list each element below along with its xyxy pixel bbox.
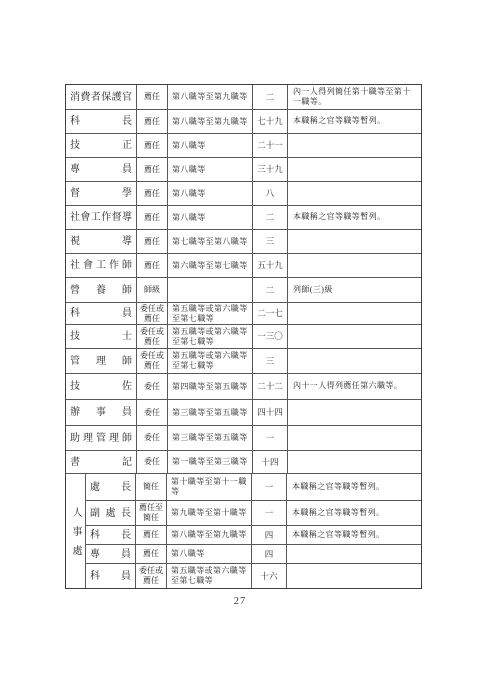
cell-grade: 第九職等至第十職等 — [167, 501, 252, 525]
cell-title-text: 助理管理師 — [70, 433, 132, 444]
cell-remark-text: 內十一人得列薦任第六職等。 — [293, 381, 411, 391]
cell-rank-text: 薦任 — [138, 165, 166, 175]
cell-remark: 本職稱之官等職等暫列。 — [288, 110, 421, 133]
cell-grade-text: 第三職等至第五職等 — [172, 408, 249, 418]
cell-title: 社會工作師 — [66, 254, 137, 277]
cell-title: 科員 — [66, 303, 137, 324]
cell-count-text: 四十四 — [253, 407, 287, 417]
cell-rank: 薦任 — [136, 545, 167, 563]
cell-count: 二 — [253, 85, 288, 109]
cell-title: 技正 — [66, 134, 137, 157]
cell-count: 八 — [253, 182, 288, 205]
table-row: 副處長薦任至簡任第九職等至第十職等一本職稱之官等職等暫列。 — [86, 500, 421, 525]
cell-title: 消費者保護官 — [66, 85, 137, 109]
cell-remark — [288, 254, 421, 277]
cell-rank: 委任或薦任 — [136, 564, 167, 588]
cell-title-text: 技正 — [70, 140, 132, 151]
cell-grade: 第五職等或第六職等至第七職等 — [168, 303, 253, 324]
cell-grade-text: 第八職等至第九職等 — [172, 92, 249, 102]
cell-grade — [168, 278, 253, 302]
table-row: 督學薦任第八職等八 — [66, 181, 421, 205]
cell-title-text: 專員 — [70, 164, 132, 175]
cell-remark — [288, 426, 421, 450]
cell-rank-text: 委任 — [138, 408, 166, 418]
cell-count: 四十四 — [253, 400, 288, 425]
cell-grade-text: 第八職等 — [172, 213, 249, 223]
cell-remark — [287, 545, 421, 563]
cell-rank-text: 薦任 — [138, 189, 166, 199]
cell-title: 督學 — [66, 182, 137, 205]
cell-rank: 委任 — [137, 451, 168, 473]
cell-grade-text: 第五職等或第六職等至第七職等 — [171, 566, 248, 586]
cell-grade: 第四職等至第五職等 — [168, 374, 253, 399]
cell-title-text: 督學 — [70, 188, 132, 199]
cell-count-text: 一三〇 — [253, 331, 287, 341]
cell-remark — [288, 158, 421, 181]
cell-rank: 委任 — [137, 374, 168, 399]
cell-remark — [287, 564, 421, 588]
cell-title: 營養師 — [66, 278, 137, 302]
cell-grade: 第八職等至第九職等 — [168, 110, 253, 133]
cell-count-text: 一 — [253, 433, 287, 443]
cell-rank: 薦任 — [137, 230, 168, 253]
cell-rank-text: 薦任 — [137, 549, 165, 559]
cell-title: 助理管理師 — [66, 426, 137, 450]
cell-grade: 第一職等至第三職等 — [168, 451, 253, 473]
cell-rank-text: 薦任 — [138, 117, 166, 127]
table-row: 社會工作師薦任第六職等至第七職等五十九 — [66, 253, 421, 277]
table-row: 辦事員委任第三職等至第五職等四十四 — [66, 399, 421, 425]
cell-count: 二 — [253, 278, 288, 302]
cell-count-text: 五十九 — [253, 260, 287, 270]
cell-rank-text: 薦任 — [138, 237, 166, 247]
table-row: 社會工作督導薦任第八職等二本職稱之官等職等暫列。 — [66, 205, 421, 229]
cell-count-text: 一 — [252, 482, 286, 492]
cell-title: 辦事員 — [66, 400, 137, 425]
table-row: 專員薦任第八職等三十九 — [66, 157, 421, 181]
cell-grade: 第八職等 — [168, 158, 253, 181]
table-row: 技正薦任第八職等二十一 — [66, 133, 421, 157]
cell-count: 十四 — [253, 451, 288, 473]
cell-remark: 本職稱之官等職等暫列。 — [287, 474, 421, 500]
table-row: 專員薦任第八職等四 — [86, 544, 421, 563]
cell-remark-text: 本職稱之官等職等暫列。 — [293, 116, 411, 126]
cell-title-text: 社會工作師 — [70, 260, 132, 271]
cell-grade: 第八職等 — [167, 545, 252, 563]
cell-remark — [288, 182, 421, 205]
cell-rank: 薦任 — [137, 254, 168, 277]
cell-grade: 第五職等或第六職等至第七職等 — [168, 349, 253, 373]
cell-title: 書記 — [66, 451, 137, 473]
cell-title-text: 科長 — [70, 116, 132, 127]
cell-remark — [288, 325, 421, 348]
cell-grade-text: 第四職等至第五職等 — [172, 382, 249, 392]
cell-rank: 委任 — [137, 426, 168, 450]
cell-title: 科長 — [66, 110, 137, 133]
cell-title-text: 視導 — [70, 236, 132, 247]
cell-rank-text: 委任或薦任 — [137, 566, 165, 585]
cell-grade-text: 第八職等至第九職等 — [172, 117, 249, 127]
table-row: 處長簡任第十職等至第十一職等一本職稱之官等職等暫列。 — [86, 474, 421, 500]
cell-count-text: 二十一 — [253, 140, 287, 150]
cell-count: 二十一 — [253, 134, 288, 157]
document-page: 消費者保護官薦任第八職等至第九職等二內一人得列簡任第十職等至第十一職等。科長薦任… — [0, 0, 480, 679]
cell-remark-text: 本職稱之官等職等暫列。 — [292, 508, 411, 518]
cell-grade: 第六職等至第七職等 — [168, 254, 253, 277]
table-row: 科長薦任第八職等至第九職等七十九本職稱之官等職等暫列。 — [66, 109, 421, 133]
cell-rank: 薦任 — [137, 110, 168, 133]
cell-title: 專員 — [66, 158, 137, 181]
cell-count: 一 — [253, 426, 288, 450]
cell-title: 副處長 — [86, 501, 136, 525]
cell-rank-text: 委任 — [138, 457, 166, 467]
cell-title: 專員 — [86, 545, 136, 563]
cell-count: 二一七 — [253, 303, 288, 324]
cell-title-text: 管理師 — [70, 356, 132, 367]
cell-grade-text: 第八職等 — [171, 549, 248, 559]
cell-rank: 委任 — [137, 400, 168, 425]
table-row: 營養師師級二列師(三)級 — [66, 277, 421, 302]
staffing-table: 消費者保護官薦任第八職等至第九職等二內一人得列簡任第十職等至第十一職等。科長薦任… — [65, 84, 422, 589]
cell-title-text: 科員 — [90, 571, 131, 582]
cell-remark-text: 本職稱之官等職等暫列。 — [292, 482, 411, 492]
cell-remark-text: 本職稱之官等職等暫列。 — [292, 530, 411, 540]
cell-count-text: 七十九 — [253, 116, 287, 126]
cell-grade: 第七職等至第八職等 — [168, 230, 253, 253]
cell-rank: 薦任至簡任 — [136, 501, 167, 525]
table-row: 技士委任或薦任第五職等或第六職等至第七職等一三〇 — [66, 324, 421, 348]
cell-remark-text: 列師(三)級 — [293, 285, 411, 295]
cell-grade-text: 第九職等至第十職等 — [171, 508, 248, 518]
cell-title-text: 科長 — [90, 530, 131, 541]
cell-rank-text: 薦任 — [138, 92, 166, 102]
cell-grade-text: 第八職等 — [172, 141, 249, 151]
cell-count-text: 三十九 — [253, 164, 287, 174]
cell-rank-text: 委任或薦任 — [138, 351, 166, 370]
cell-grade: 第三職等至第五職等 — [168, 400, 253, 425]
cell-count-text: 四 — [252, 549, 286, 559]
cell-title: 視導 — [66, 230, 137, 253]
cell-title-text: 科員 — [70, 308, 132, 319]
cell-grade: 第五職等或第六職等至第七職等 — [168, 325, 253, 348]
cell-count-text: 二 — [253, 212, 287, 222]
cell-remark — [288, 349, 421, 373]
table-row: 助理管理師委任第三職等至第五職等一 — [66, 425, 421, 450]
cell-title-text: 專員 — [90, 549, 131, 560]
cell-grade: 第八職等至第九職等 — [168, 85, 253, 109]
cell-title-text: 社會工作督導 — [70, 212, 132, 223]
cell-remark — [288, 400, 421, 425]
group-rows: 處長簡任第十職等至第十一職等一本職稱之官等職等暫列。副處長薦任至簡任第九職等至第… — [86, 474, 421, 588]
cell-grade-text: 第六職等至第七職等 — [172, 261, 249, 271]
cell-rank: 薦任 — [137, 182, 168, 205]
cell-count: 一三〇 — [253, 325, 288, 348]
cell-rank-text: 薦任至簡任 — [137, 503, 165, 522]
cell-count: 三十九 — [253, 158, 288, 181]
cell-remark — [288, 230, 421, 253]
cell-rank: 委任或薦任 — [137, 303, 168, 324]
cell-rank: 師級 — [137, 278, 168, 302]
cell-grade-text: 第一職等至第三職等 — [172, 457, 249, 467]
cell-count-text: 十六 — [252, 571, 286, 581]
cell-grade-text: 第八職等 — [172, 165, 249, 175]
cell-remark: 列師(三)級 — [288, 278, 421, 302]
group-label: 人事處 — [66, 474, 86, 588]
cell-count: 一 — [252, 474, 287, 500]
table-row: 管理師委任或薦任第五職等或第六職等至第七職等三 — [66, 348, 421, 373]
cell-count-text: 二十二 — [253, 381, 287, 391]
group-label-text: 人事處 — [68, 507, 83, 564]
cell-title-text: 技佐 — [70, 381, 132, 392]
cell-count: 二十二 — [253, 374, 288, 399]
table-row: 科長薦任第八職等至第九職等四本職稱之官等職等暫列。 — [86, 525, 421, 544]
cell-count-text: 二 — [253, 92, 287, 102]
cell-title-text: 副處長 — [90, 508, 131, 519]
cell-rank: 委任或薦任 — [137, 325, 168, 348]
cell-title-text: 消費者保護官 — [70, 92, 132, 103]
cell-count: 七十九 — [253, 110, 288, 133]
cell-rank-text: 薦任 — [138, 261, 166, 271]
cell-count-text: 三 — [253, 356, 287, 366]
cell-remark: 本職稱之官等職等暫列。 — [287, 501, 421, 525]
cell-title: 技士 — [66, 325, 137, 348]
cell-rank-text: 薦任 — [138, 141, 166, 151]
cell-rank-text: 師級 — [138, 285, 166, 295]
cell-count-text: 三 — [253, 236, 287, 246]
cell-rank-text: 委任或薦任 — [138, 304, 166, 323]
cell-count-text: 十四 — [253, 457, 287, 467]
cell-rank-text: 簡任 — [137, 482, 165, 492]
cell-count: 二 — [253, 206, 288, 229]
cell-grade-text: 第十職等至第十一職等 — [171, 477, 248, 497]
cell-count: 五十九 — [253, 254, 288, 277]
cell-count: 四 — [252, 545, 287, 563]
cell-rank-text: 薦任 — [137, 530, 165, 540]
cell-rank: 薦任 — [137, 158, 168, 181]
cell-grade: 第八職等 — [168, 134, 253, 157]
cell-rank: 薦任 — [136, 526, 167, 544]
cell-count: 四 — [252, 526, 287, 544]
table-row: 科員委任或薦任第五職等或第六職等至第七職等十六 — [86, 563, 421, 588]
cell-grade-text: 第七職等至第八職等 — [172, 237, 249, 247]
cell-title-text: 書記 — [70, 457, 132, 468]
cell-grade-text: 第三職等至第五職等 — [172, 433, 249, 443]
cell-title: 技佐 — [66, 374, 137, 399]
cell-grade-text: 第八職等至第九職等 — [171, 530, 248, 540]
personnel-office-group: 人事處處長簡任第十職等至第十一職等一本職稱之官等職等暫列。副處長薦任至簡任第九職… — [66, 473, 421, 588]
cell-count-text: 四 — [252, 530, 286, 540]
cell-title: 科員 — [86, 564, 136, 588]
cell-grade-text: 第五職等或第六職等至第七職等 — [172, 327, 249, 347]
page-number: 27 — [0, 596, 480, 607]
cell-grade-text: 第八職等 — [172, 189, 249, 199]
cell-grade-text: 第五職等或第六職等至第七職等 — [172, 304, 249, 324]
cell-title-text: 辦事員 — [70, 407, 132, 418]
cell-remark — [288, 451, 421, 473]
cell-grade: 第八職等 — [168, 182, 253, 205]
cell-count: 三 — [253, 230, 288, 253]
cell-remark-text: 本職稱之官等職等暫列。 — [293, 212, 411, 222]
table-row: 科員委任或薦任第五職等或第六職等至第七職等二一七 — [66, 302, 421, 324]
cell-rank-text: 委任 — [138, 433, 166, 443]
table-row: 視導薦任第七職等至第八職等三 — [66, 229, 421, 253]
cell-count: 十六 — [252, 564, 287, 588]
cell-rank: 簡任 — [136, 474, 167, 500]
cell-title: 科長 — [86, 526, 136, 544]
cell-remark: 內一人得列簡任第十職等至第十一職等。 — [288, 85, 421, 109]
cell-rank: 薦任 — [137, 206, 168, 229]
cell-title: 處長 — [86, 474, 136, 500]
cell-count: 三 — [253, 349, 288, 373]
cell-grade: 第十職等至第十一職等 — [167, 474, 252, 500]
cell-grade: 第八職等至第九職等 — [167, 526, 252, 544]
cell-grade-text: 第五職等或第六職等至第七職等 — [172, 351, 249, 371]
cell-remark — [288, 303, 421, 324]
cell-title: 管理師 — [66, 349, 137, 373]
cell-count-text: 八 — [253, 188, 287, 198]
table-row: 技佐委任第四職等至第五職等二十二內十一人得列薦任第六職等。 — [66, 373, 421, 399]
cell-count-text: 二 — [253, 285, 287, 295]
cell-rank-text: 委任 — [138, 382, 166, 392]
table-row: 消費者保護官薦任第八職等至第九職等二內一人得列簡任第十職等至第十一職等。 — [66, 85, 421, 109]
cell-count-text: 二一七 — [253, 308, 287, 318]
cell-count-text: 一 — [252, 508, 286, 518]
cell-remark: 本職稱之官等職等暫列。 — [287, 526, 421, 544]
cell-remark: 本職稱之官等職等暫列。 — [288, 206, 421, 229]
cell-grade: 第八職等 — [168, 206, 253, 229]
cell-remark: 內十一人得列薦任第六職等。 — [288, 374, 421, 399]
cell-rank-text: 薦任 — [138, 213, 166, 223]
cell-rank: 薦任 — [137, 134, 168, 157]
cell-remark-text: 內一人得列簡任第十職等至第十一職等。 — [293, 87, 411, 108]
cell-count: 一 — [252, 501, 287, 525]
cell-title-text: 營養師 — [70, 285, 132, 296]
cell-rank: 薦任 — [137, 85, 168, 109]
cell-rank-text: 委任或薦任 — [138, 327, 166, 346]
cell-title: 社會工作督導 — [66, 206, 137, 229]
cell-rank: 委任或薦任 — [137, 349, 168, 373]
cell-grade: 第五職等或第六職等至第七職等 — [167, 564, 252, 588]
cell-remark — [288, 134, 421, 157]
table-row: 書記委任第一職等至第三職等十四 — [66, 450, 421, 473]
cell-grade: 第三職等至第五職等 — [168, 426, 253, 450]
cell-title-text: 處長 — [90, 482, 131, 493]
cell-title-text: 技士 — [70, 331, 132, 342]
